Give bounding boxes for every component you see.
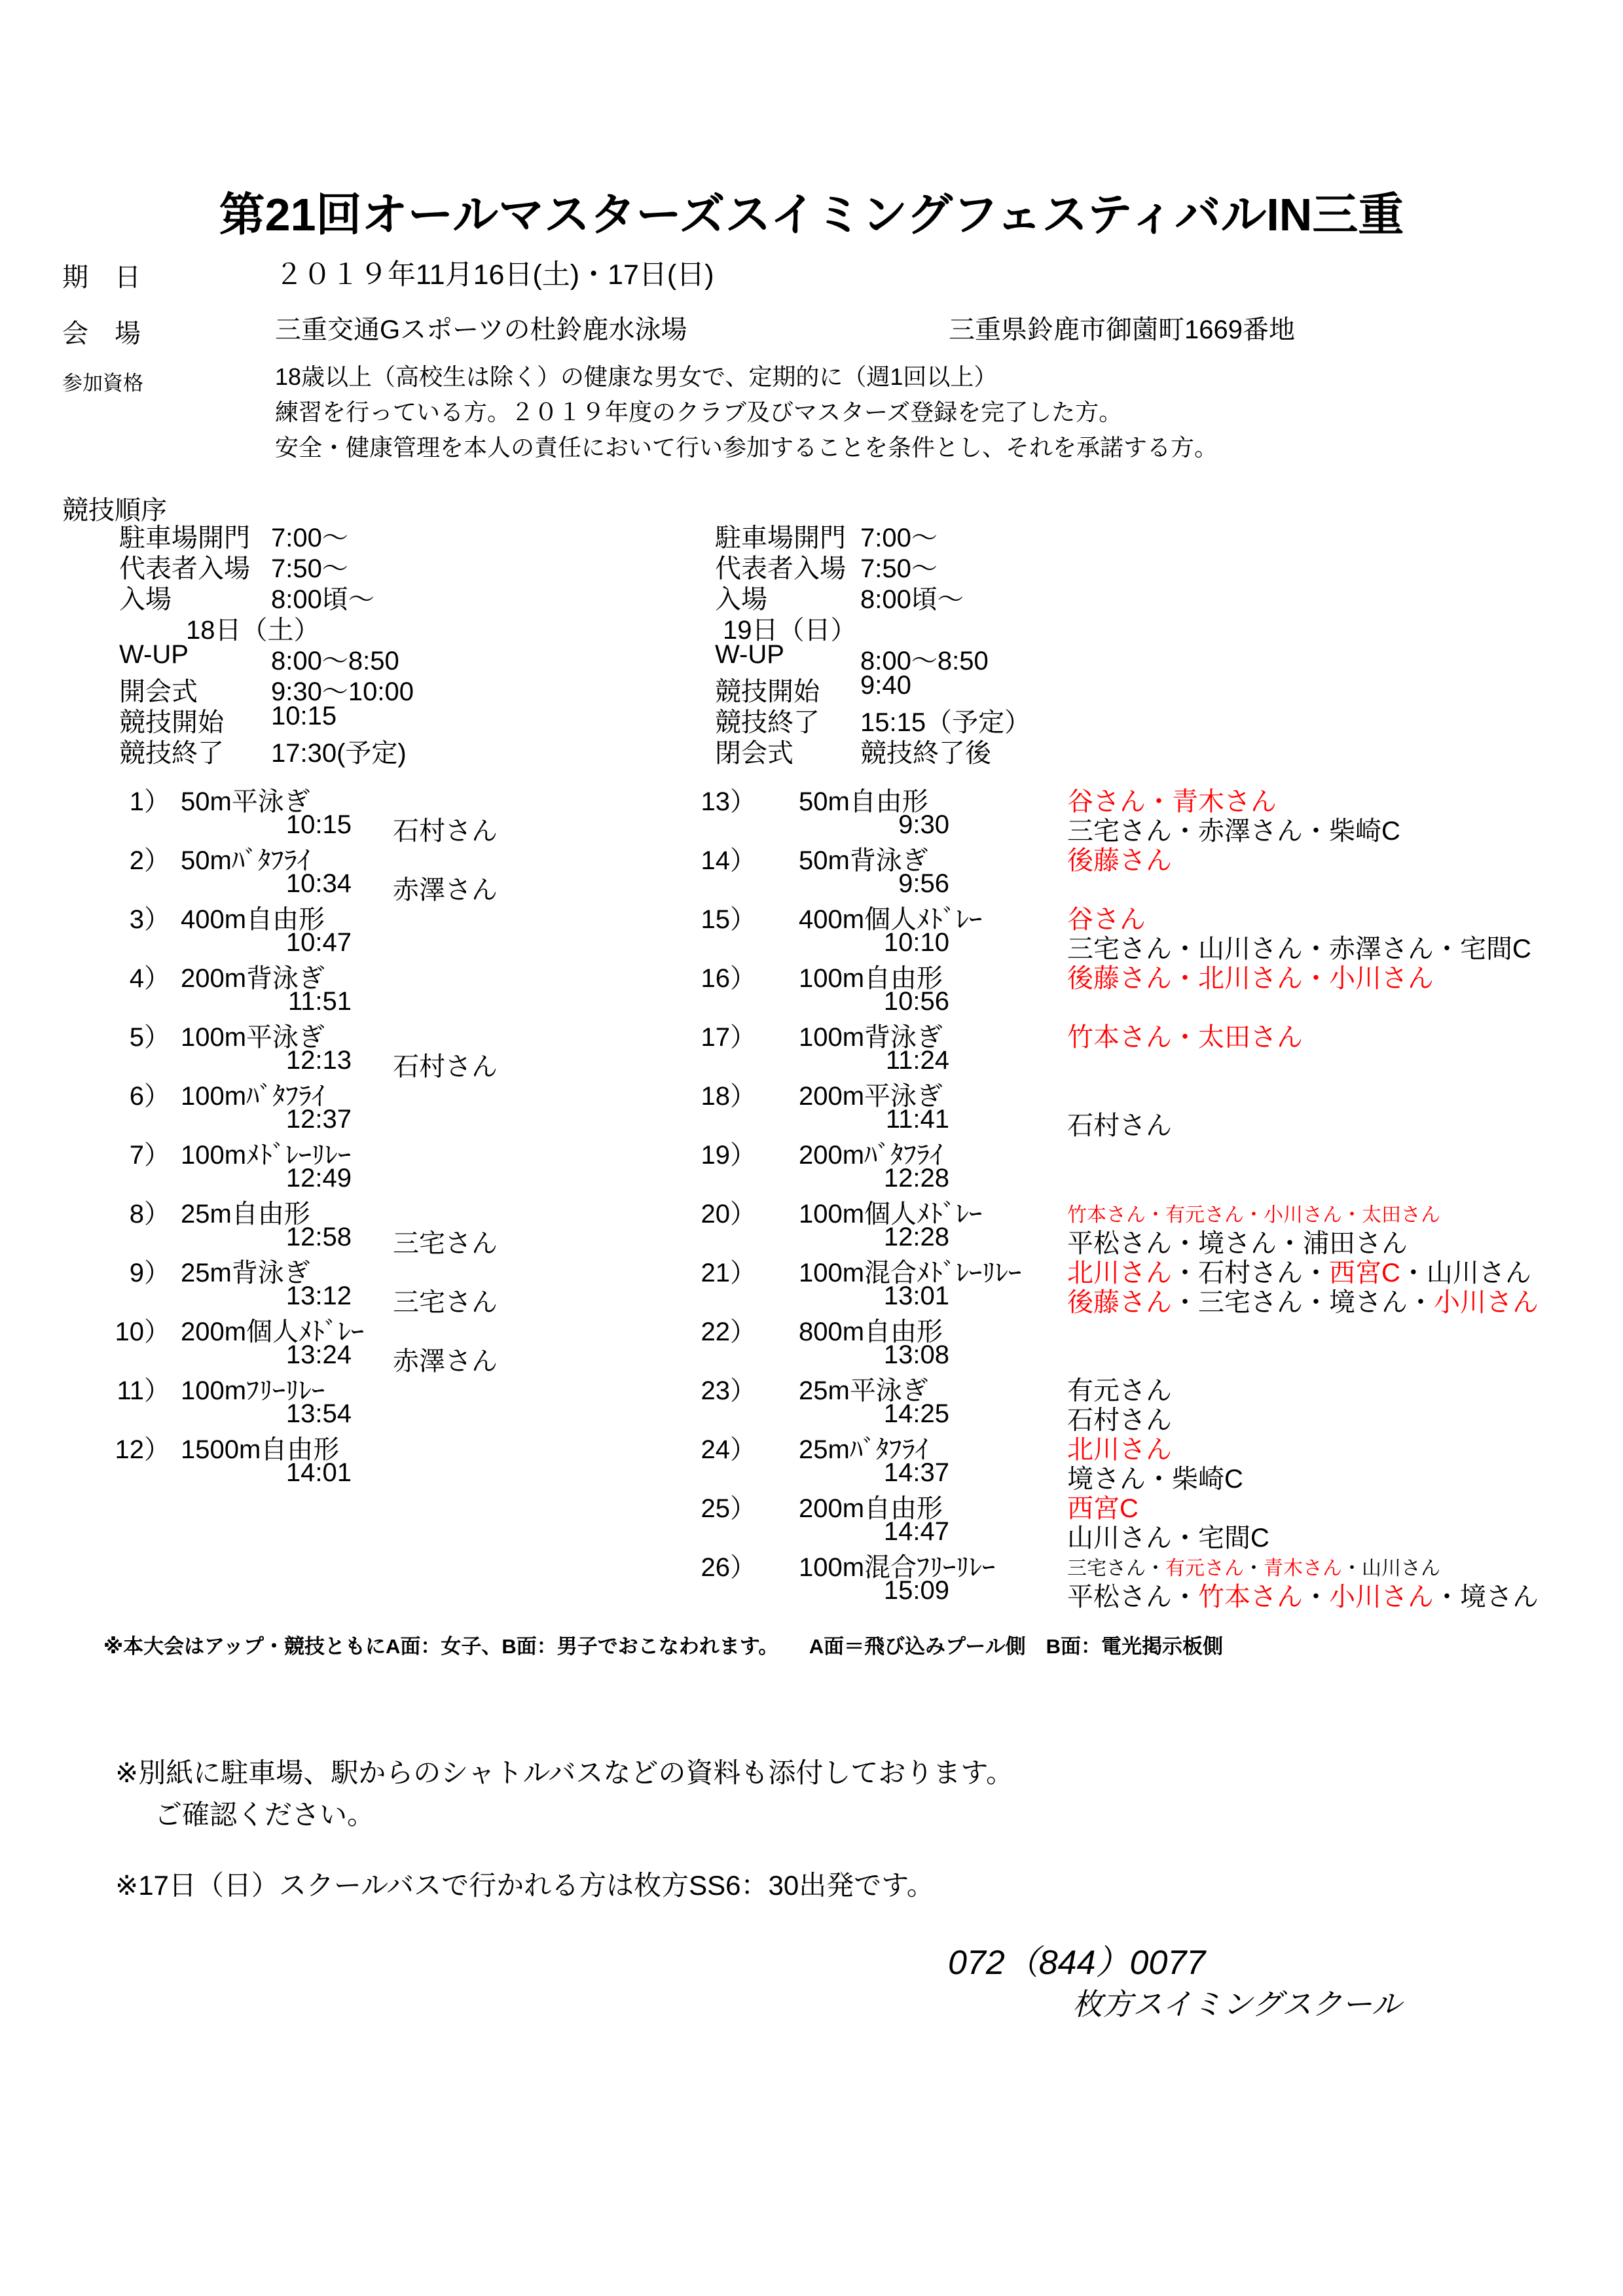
event-number: 2） [85,840,170,877]
eligibility-label: 参加資格 [62,367,143,396]
venue-address: 三重県鈴鹿市御薗町1669番地 [949,309,1295,346]
event-swimmers-line2: 石村さん [1067,1105,1172,1142]
swimmer-name: ・境さん [1434,1583,1539,1611]
swimmer-name: 竹本さん・太田さん [1067,1023,1303,1052]
event-start-time: 11:51 [196,987,352,1016]
event-start-time: 11:24 [818,1046,949,1075]
schedule-row-value: 10:15 [271,702,337,731]
schedule-row-value: 競技終了後 [860,732,991,770]
event-start-time: 9:30 [818,810,949,840]
event-number: 15） [655,899,756,936]
event-swimmers-line2: 山川さん・宅間C [1067,1517,1269,1554]
note-school-bus: ※17日（日）スクールバスで行かれる方は枚方SS6：30出発です。 [115,1864,934,1903]
event-number: 18） [655,1075,756,1113]
event-start-time: 10:47 [196,928,352,958]
event-number: 20） [655,1193,756,1230]
event-start-time: 13:54 [196,1399,352,1429]
event-start-time: 10:34 [196,869,352,899]
swimmer-name: ・ [1303,1583,1329,1611]
document-page: 第21回オールマスターズスイミングフェスティバルIN三重 期 日 ２０１９年11… [0,0,1623,2296]
swimmer-name: 後藤さん [1067,1288,1172,1317]
event-number: 14） [655,840,756,877]
event-swimmers: 赤澤さん [393,1340,498,1378]
venue-label: 会 場 [62,313,141,350]
event-swimmers-line1: 後藤さん [1067,840,1172,877]
event-start-time: 10:15 [196,810,352,840]
event-start-time: 14:47 [818,1517,949,1547]
event-swimmers-line1: 後藤さん・北川さん・小川さん [1067,958,1434,995]
event-number: 23） [655,1370,756,1407]
swimmer-name: 後藤さん [1067,846,1172,875]
schedule-row-value: 9:40 [860,671,911,700]
swimmer-name: 山川さん・宅間C [1067,1524,1269,1552]
footer-school-name: 枚方スイミングスクール [1072,1981,1402,2024]
venue-name: 三重交通Gスポーツの杜鈴鹿水泳場 [275,309,687,346]
schedule-row-label: W-UP [119,640,189,670]
event-start-time: 9:56 [818,869,949,899]
swimmer-name: ・三宅さん・境さん・ [1172,1288,1434,1317]
event-number: 13） [655,781,756,818]
event-start-time: 10:10 [818,928,949,958]
swimmer-name: 石村さん [1067,1111,1172,1140]
event-number: 21） [655,1252,756,1289]
event-start-time: 14:25 [818,1399,949,1429]
event-number: 22） [655,1311,756,1348]
event-start-time: 15:09 [818,1576,949,1605]
schedule-row-value: 17:30(予定) [271,732,407,770]
note-attachment-line1: ※別紙に駐車場、駅からのシャトルバスなどの資料も添付しております。 [115,1751,1013,1791]
event-number: 1） [85,781,170,818]
event-number: 6） [85,1075,170,1113]
schedule-row-value: 8:00頃～ [860,579,964,616]
event-number: 24） [655,1429,756,1466]
date-label: 期 日 [62,257,141,294]
event-number: 5） [85,1016,170,1054]
event-swimmers-line2: 平松さん・竹本さん・小川さん・境さん [1067,1576,1539,1613]
event-number: 11） [85,1370,170,1407]
event-start-time: 10:56 [818,987,949,1016]
page-title: 第21回オールマスターズスイミングフェスティバルIN三重 [0,178,1623,244]
event-number: 9） [85,1252,170,1289]
note-attachment-line2: ご確認ください。 [155,1793,374,1833]
event-start-time: 14:37 [818,1458,949,1488]
event-number: 16） [655,958,756,995]
event-start-time: 13:08 [818,1340,949,1370]
event-number: 4） [85,958,170,995]
event-start-time: 12:37 [196,1105,352,1134]
event-number: 17） [655,1016,756,1054]
note-lane-assignment: ※本大会はアップ・競技ともにA面：女子、B面：男子でおこなわれます。 A面＝飛び… [103,1630,1223,1659]
swimmer-name: 小川さん [1329,1583,1434,1611]
event-swimmers-line2: 後藤さん・三宅さん・境さん・小川さん [1067,1282,1539,1319]
event-start-time: 12:28 [818,1164,949,1193]
eligibility-line: 安全・健康管理を本人の責任において行い参加することを条件とし、それを承諾する方。 [275,429,1218,463]
event-start-time: 14:01 [196,1458,352,1488]
event-number: 10） [85,1311,170,1348]
schedule-row-label: W-UP [715,640,784,670]
schedule-row-label: 閉会式 [715,732,793,770]
event-swimmers: 石村さん [393,1046,498,1083]
event-start-time: 11:41 [818,1105,949,1134]
event-start-time: 13:24 [196,1340,352,1370]
swimmer-name: 平松さん・ [1067,1583,1198,1611]
footer-phone: 072（844）0077 [948,1935,1205,1984]
event-swimmers: 三宅さん [393,1223,498,1260]
swimmer-name: 小川さん [1434,1288,1539,1317]
event-number: 7） [85,1134,170,1172]
swimmer-name: 竹本さん [1198,1583,1303,1611]
event-number: 19） [655,1134,756,1172]
schedule-row-label: 入場 [119,579,172,616]
event-swimmers: 石村さん [393,810,498,848]
event-start-time: 12:28 [818,1223,949,1252]
eligibility-line: 18歳以上（高校生は除く）の健康な男女で、定期的に（週1回以上） [275,359,997,392]
event-number: 8） [85,1193,170,1230]
event-start-time: 12:49 [196,1164,352,1193]
event-number: 25） [655,1488,756,1525]
event-number: 3） [85,899,170,936]
swimmer-name: 後藤さん・北川さん・小川さん [1067,964,1434,993]
date-value: ２０１９年11月16日(土)・17日(日) [275,253,714,293]
event-start-time: 13:01 [818,1282,949,1311]
event-start-time: 12:58 [196,1223,352,1252]
schedule-row-label: 競技終了 [119,732,224,770]
event-swimmers: 三宅さん [393,1282,498,1319]
event-start-time: 12:13 [196,1046,352,1075]
event-number: 12） [85,1429,170,1466]
event-number: 26） [655,1547,756,1584]
event-swimmers-line1: 竹本さん・太田さん [1067,1016,1303,1054]
event-swimmers: 赤澤さん [393,869,498,906]
eligibility-line: 練習を行っている方。２０１９年度のクラブ及びマスターズ登録を完了した方。 [275,394,1122,427]
event-start-time: 13:12 [196,1282,352,1311]
